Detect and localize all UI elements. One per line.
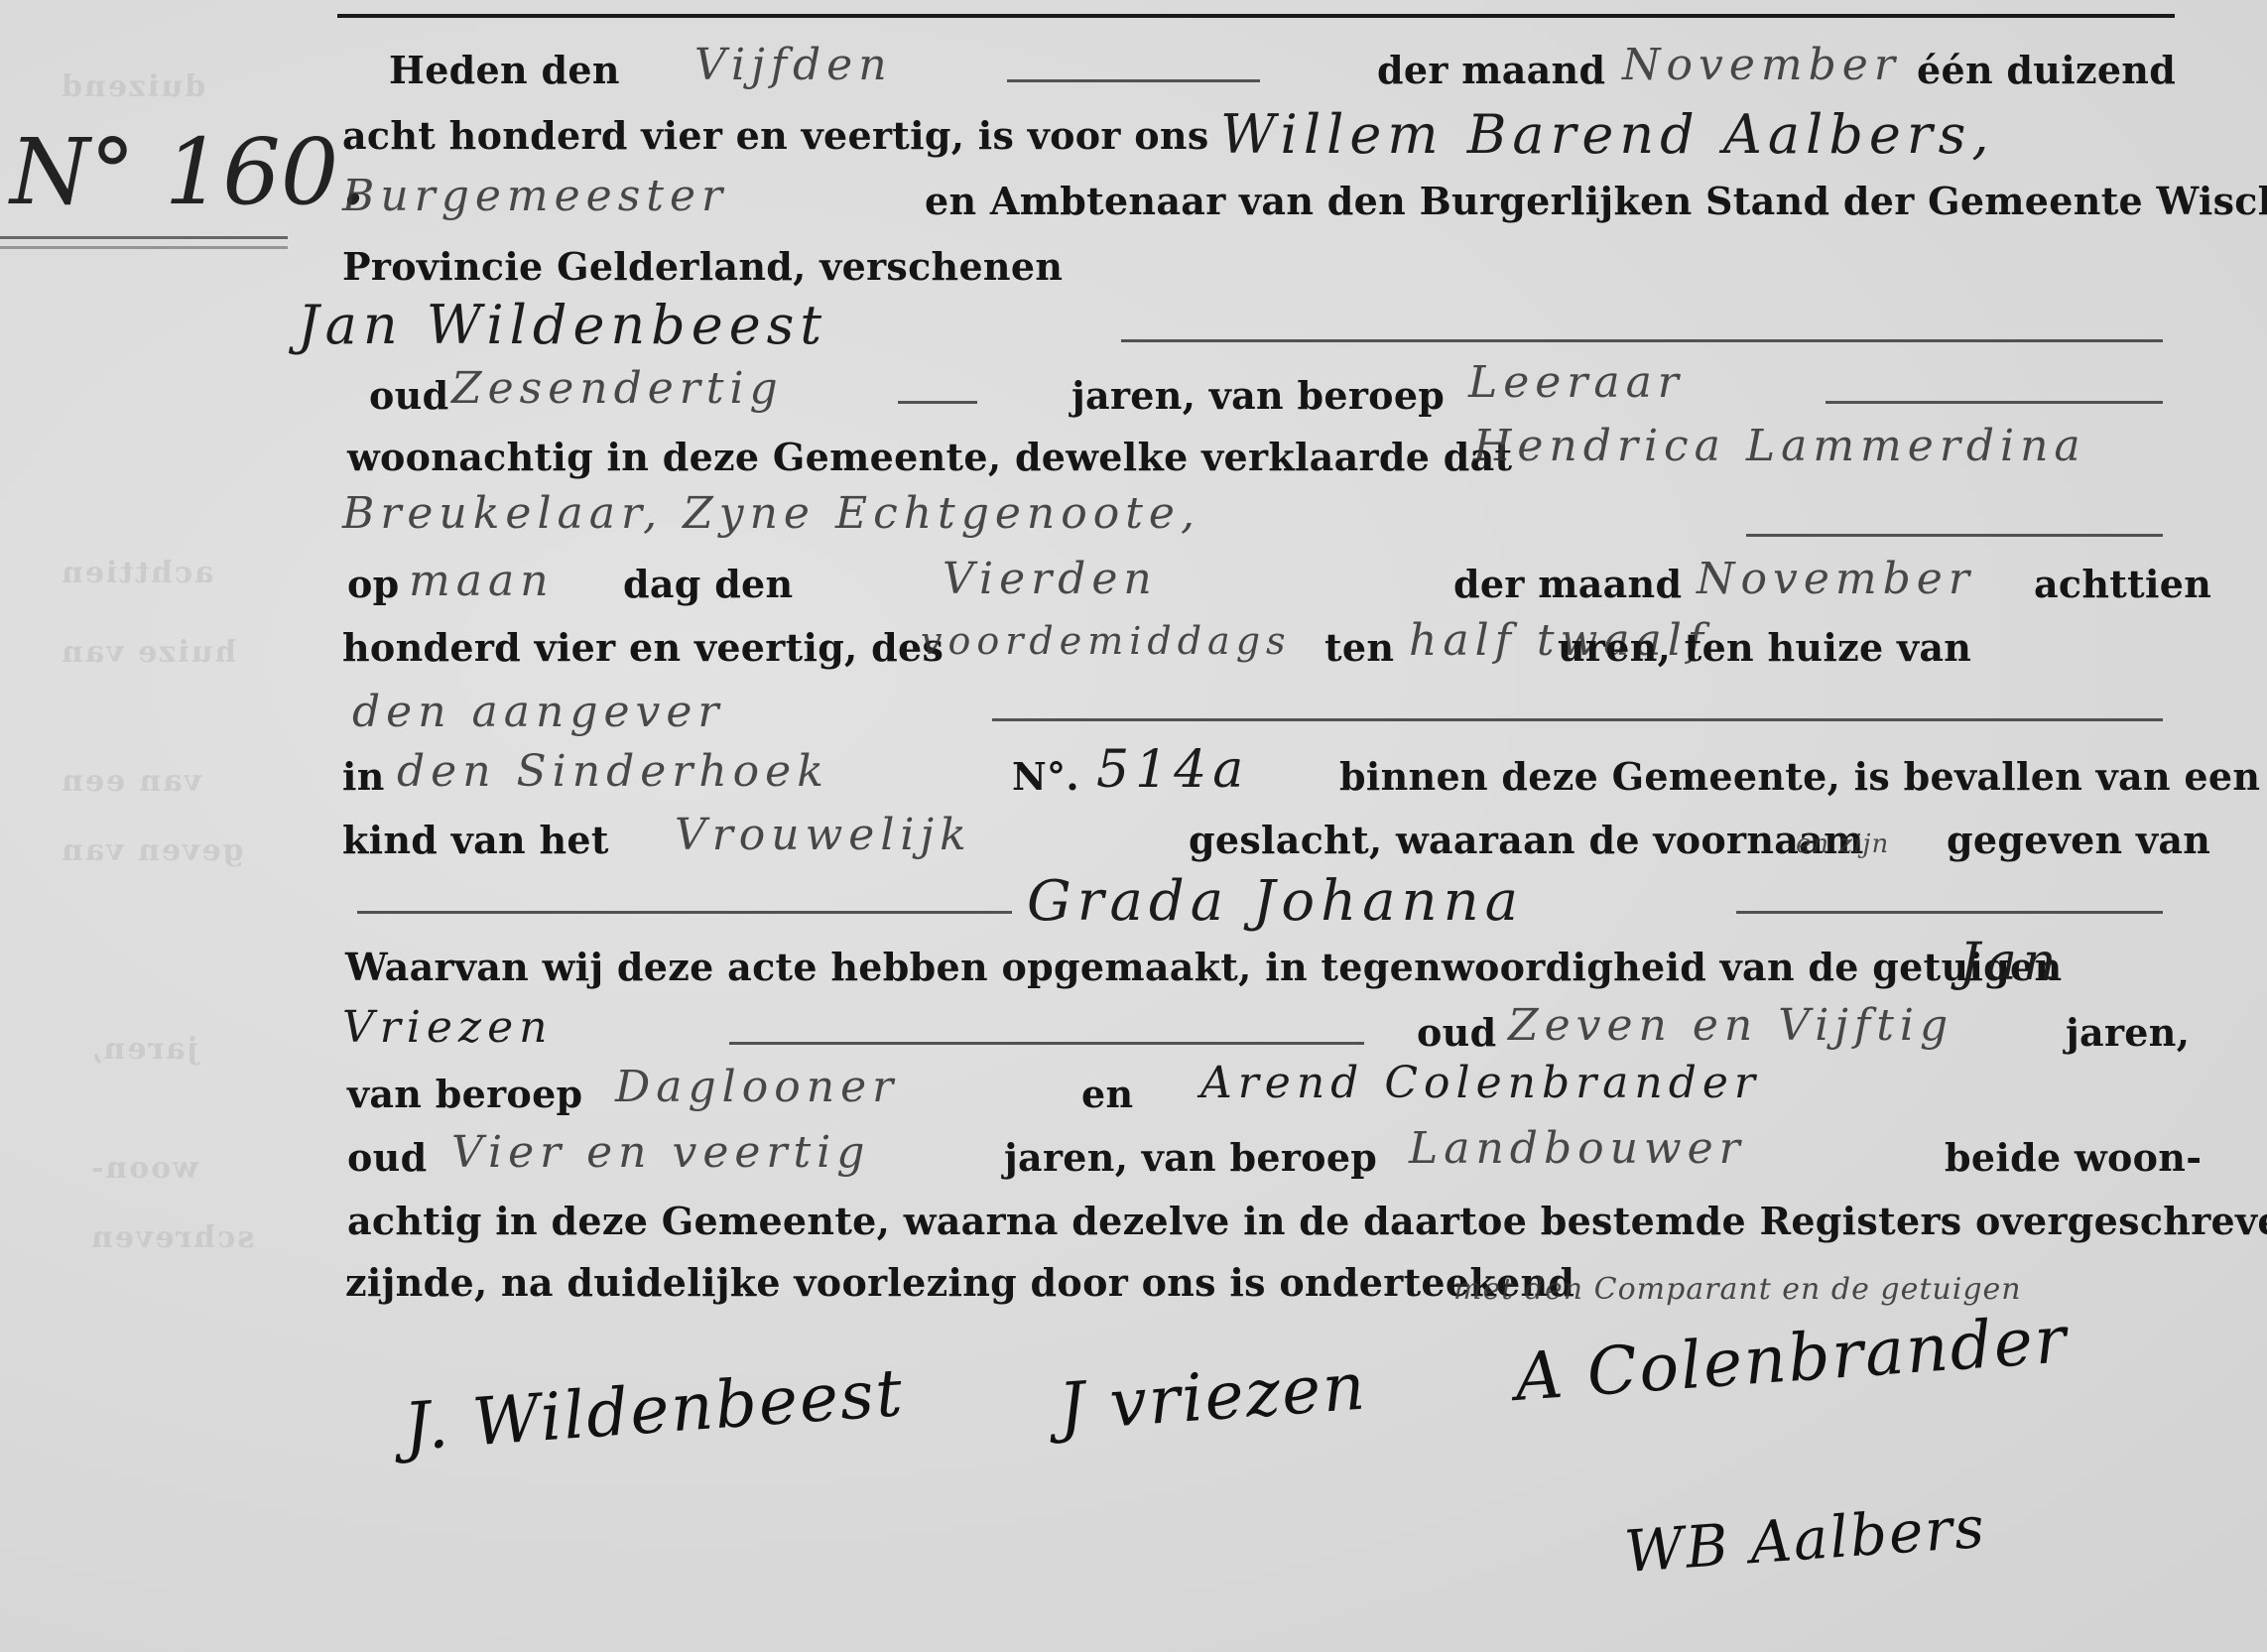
printed-text: oud bbox=[347, 1135, 427, 1180]
printed-text: en Ambtenaar van den Burgerlijken Stand … bbox=[925, 179, 2267, 223]
printed-text: zijnde, na duidelijke voorlezing door on… bbox=[345, 1260, 1574, 1305]
fill-line bbox=[729, 1042, 1364, 1045]
printed-text: acht honderd vier en veertig, is voor on… bbox=[342, 113, 1209, 158]
printed-text: jaren, van beroep bbox=[1071, 373, 1445, 418]
printed-text: jaren, van beroep bbox=[1004, 1135, 1377, 1180]
printed-text: N°. bbox=[1012, 754, 1079, 799]
fill-line bbox=[1121, 339, 2163, 342]
handwritten-witness1-occupation: Daglooner bbox=[615, 1062, 899, 1112]
printed-text: Waarvan wij deze acte hebben opgemaakt, … bbox=[345, 945, 2062, 989]
handwritten-witness1-last: Vriezen bbox=[342, 1002, 553, 1053]
handwritten-mother-name-1: Hendrica Lammerdina bbox=[1473, 421, 2086, 471]
bleed-through-text: huize van bbox=[60, 635, 236, 670]
act-number: N° 160. bbox=[10, 119, 368, 225]
bleed-through-text: jaren, bbox=[89, 1032, 197, 1067]
printed-text: van beroep bbox=[347, 1072, 582, 1116]
handwritten-house-number: 514a bbox=[1096, 740, 1249, 800]
handwritten-declarant-age: Zesendertig bbox=[451, 363, 784, 414]
printed-text: honderd vier en veertig, des bbox=[342, 625, 944, 670]
bleed-through-text: van een bbox=[60, 764, 201, 799]
top-rule bbox=[337, 14, 2175, 18]
fill-line bbox=[898, 401, 977, 404]
handwritten-declarant-name: Jan Wildenbeest bbox=[298, 294, 827, 356]
handwritten-witness2-name: Arend Colenbrander bbox=[1200, 1058, 1761, 1108]
printed-text: der maand bbox=[1377, 48, 1605, 92]
printed-text: achtig in deze Gemeente, waarna dezelve … bbox=[347, 1199, 2267, 1243]
printed-text: oud bbox=[369, 373, 448, 418]
fill-line bbox=[357, 911, 1012, 914]
printed-text: Provincie Gelderland, verschenen bbox=[342, 244, 1063, 289]
bleed-through-text: duizend bbox=[60, 69, 205, 104]
printed-text: kind van het bbox=[342, 818, 609, 862]
printed-text: jaren, bbox=[2066, 1010, 2190, 1055]
handwritten-birth-location: den Sinderhoek bbox=[397, 746, 829, 797]
handwritten-birth-house: den aangever bbox=[352, 687, 724, 737]
fill-line bbox=[1007, 79, 1260, 82]
printed-text: uren, ten huize van bbox=[1558, 625, 1971, 670]
handwritten-witness1-first: Jan bbox=[1959, 933, 2062, 992]
printed-text: en bbox=[1081, 1072, 1133, 1116]
printed-text: geslacht, waaraan de voornaam bbox=[1189, 818, 1864, 862]
printed-text: dag den bbox=[623, 562, 793, 606]
printed-text: Heden den bbox=[389, 48, 620, 92]
fill-line bbox=[992, 718, 2163, 721]
handwritten-child-name: Grada Johanna bbox=[1027, 869, 1524, 934]
printed-text: één duizend bbox=[1917, 48, 2176, 92]
handwritten-witness2-age: Vier en veertig bbox=[451, 1127, 870, 1178]
act-number-underline bbox=[0, 246, 288, 249]
handwritten-closing-insert: met den Comparant en de getuigen bbox=[1453, 1272, 2022, 1307]
signature-witness2: A Colenbrander bbox=[1513, 1301, 2071, 1416]
printed-text: in bbox=[342, 754, 385, 799]
bleed-through-text: woon- bbox=[89, 1151, 198, 1186]
handwritten-official-name: Willem Barend Aalbers, bbox=[1220, 103, 1995, 166]
handwritten-witness1-age: Zeven en Vijftig bbox=[1508, 1000, 1953, 1051]
printed-text: gegeven van bbox=[1947, 818, 2210, 862]
handwritten-official-title: Burgemeester bbox=[342, 171, 728, 221]
fill-line bbox=[1826, 401, 2163, 404]
fill-line bbox=[1736, 911, 2163, 914]
fill-line bbox=[1746, 534, 2163, 537]
bleed-through-text: geven van bbox=[60, 833, 244, 868]
printed-text: der maand bbox=[1453, 562, 1682, 606]
handwritten-month: November bbox=[1622, 40, 1901, 90]
handwritten-birth-day: Vierden bbox=[943, 554, 1158, 604]
printed-text: oud bbox=[1417, 1010, 1496, 1055]
bleed-through-text: achttien bbox=[60, 556, 214, 590]
document-page: duizend achttien huize van van een geven… bbox=[0, 0, 2267, 1652]
printed-text: binnen deze Gemeente, is bevallen van ee… bbox=[1339, 754, 2260, 799]
handwritten-witness2-occupation: Landbouwer bbox=[1409, 1123, 1746, 1174]
signature-witness1: J vriezen bbox=[1057, 1348, 1369, 1446]
handwritten-voornaam-insert: en zijn bbox=[1796, 829, 1889, 859]
handwritten-birth-month: November bbox=[1697, 554, 1975, 604]
printed-text: ten bbox=[1324, 625, 1394, 670]
printed-text: op bbox=[347, 562, 400, 606]
handwritten-declarant-occupation: Leeraar bbox=[1468, 357, 1685, 408]
signature-official: WB Aalbers bbox=[1622, 1493, 1987, 1586]
handwritten-child-sex: Vrouwelijk bbox=[675, 810, 972, 860]
printed-text: achttien bbox=[2034, 562, 2211, 606]
printed-text: beide woon- bbox=[1945, 1135, 2202, 1180]
handwritten-day: Vijfden bbox=[694, 40, 893, 90]
act-number-underline bbox=[0, 236, 288, 239]
handwritten-weekday: maan bbox=[409, 556, 555, 606]
handwritten-mother-name-2: Breukelaar, Zyne Echtgenoote, bbox=[342, 488, 1200, 539]
bleed-through-text: schreven bbox=[89, 1220, 254, 1255]
signature-declarant: J. Wildenbeest bbox=[402, 1354, 907, 1465]
printed-text: woonachtig in deze Gemeente, dewelke ver… bbox=[347, 435, 1512, 479]
handwritten-time-of-day: voordemiddags bbox=[921, 619, 1292, 663]
